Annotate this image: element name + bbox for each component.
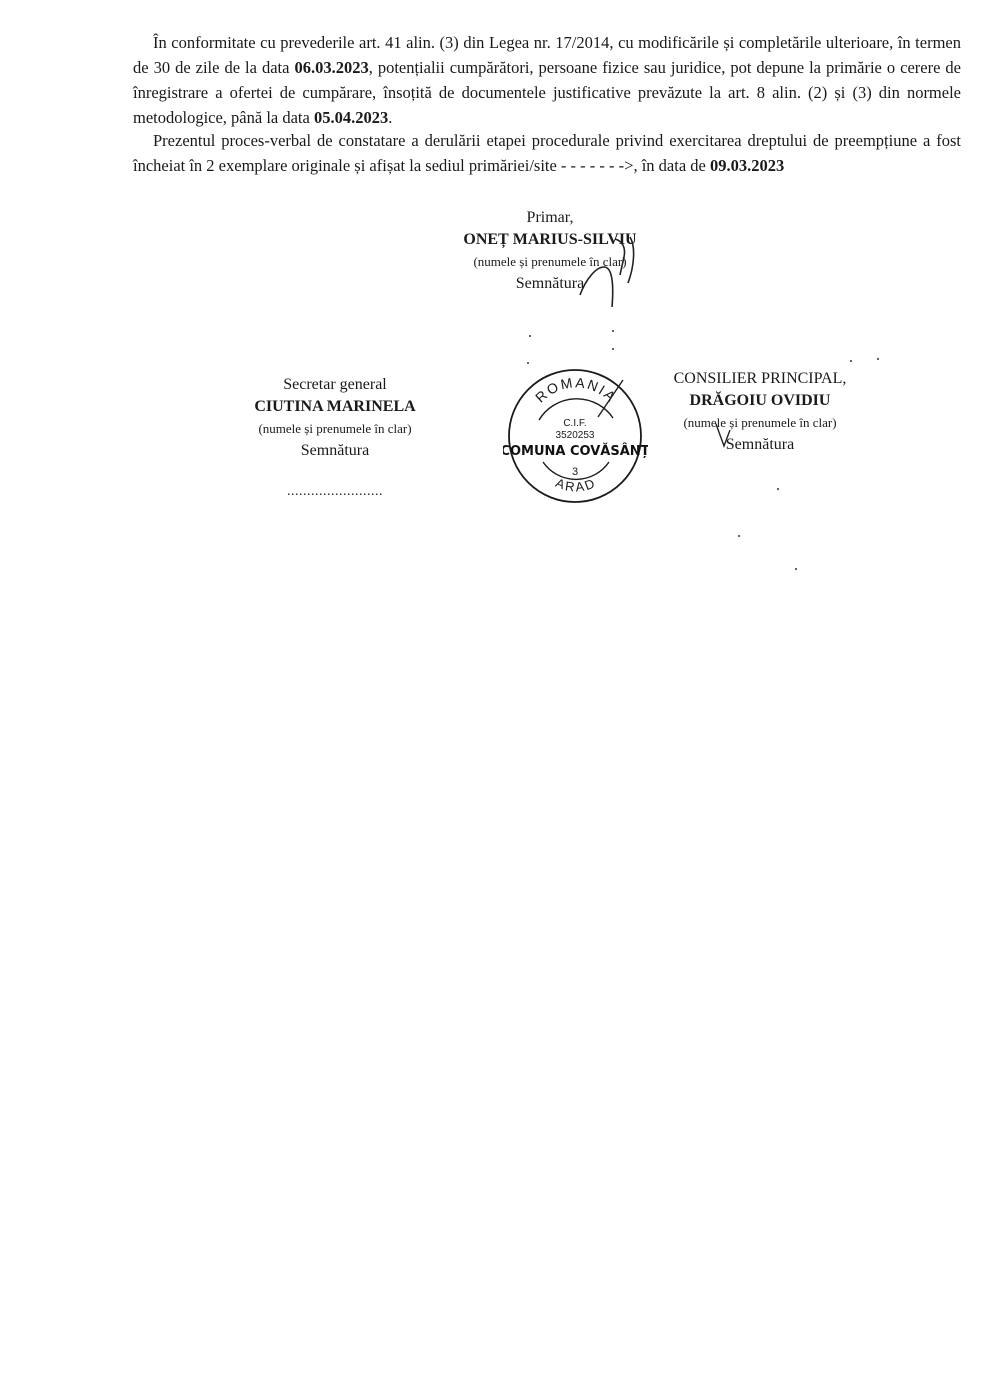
signer-role: CONSILIER PRINCIPAL,	[640, 368, 880, 390]
text-fragment: , potențialii cumpărători, persoane fizi…	[369, 58, 961, 77]
signature-block-primar: Primar, ONEȚ MARIUS-SILVIU (numele și pr…	[420, 207, 680, 295]
scan-speck	[612, 348, 614, 350]
paragraph-line: Prezentul proces-verbal de constatare a …	[153, 128, 961, 153]
text-fragment: încheiat în 2 exemplare originale și afi…	[133, 156, 710, 175]
handwritten-signature-icon	[710, 420, 740, 460]
scan-speck	[777, 488, 779, 490]
posting-date: 09.03.2023	[710, 156, 784, 175]
end-date: 05.04.2023	[314, 108, 388, 127]
paragraph-line: metodologice, până la data 05.04.2023.	[133, 105, 961, 130]
signer-name: CIUTINA MARINELA	[220, 396, 450, 418]
signer-name: DRĂGOIU OVIDIU	[640, 390, 880, 412]
stamp-center-text: COMUNA COVĂSÂNȚ	[503, 443, 648, 459]
stamp-cif-label: C.I.F.	[563, 418, 586, 429]
signature-label: Semnătura	[220, 440, 450, 462]
scan-speck	[850, 360, 852, 362]
text-fragment: de 30 de zile de la data	[133, 58, 294, 77]
text-fragment: .	[388, 108, 392, 127]
scan-speck	[527, 362, 529, 364]
signature-block-consilier: CONSILIER PRINCIPAL, DRĂGOIU OVIDIU (num…	[640, 368, 880, 456]
official-stamp: ROMANIA C.I.F. 3520253 COMUNA COVĂSÂNȚ 3…	[503, 362, 648, 507]
paragraph-line: de 30 de zile de la data 06.03.2023, pot…	[133, 55, 961, 80]
handwritten-signature-icon	[530, 227, 650, 307]
stamp-number: 3	[572, 466, 578, 478]
signer-role: Secretar general	[220, 374, 450, 396]
stamp-seal-icon: ROMANIA C.I.F. 3520253 COMUNA COVĂSÂNȚ 3…	[503, 362, 648, 507]
signer-hint: (numele și prenumele în clar)	[640, 412, 880, 434]
scan-speck	[795, 568, 797, 570]
text-fragment: metodologice, până la data	[133, 108, 314, 127]
signature-block-secretar: Secretar general CIUTINA MARINELA (numel…	[220, 374, 450, 500]
scan-speck	[612, 330, 614, 332]
signature-line: ........................	[220, 484, 450, 500]
signer-role: Primar,	[420, 207, 680, 229]
paragraph-line: În conformitate cu prevederile art. 41 a…	[153, 30, 961, 55]
scan-speck	[738, 535, 740, 537]
start-date: 06.03.2023	[294, 58, 368, 77]
paragraph-deadline: În conformitate cu prevederile art. 41 a…	[153, 30, 961, 130]
paragraph-line: înregistrare a ofertei de cumpărare, îns…	[133, 80, 961, 105]
signer-hint: (numele și prenumele în clar)	[220, 418, 450, 440]
stamp-cif-number: 3520253	[556, 430, 595, 441]
paragraph-line: încheiat în 2 exemplare originale și afi…	[133, 153, 961, 178]
signature-label: Semnătura	[640, 434, 880, 456]
scan-speck	[877, 358, 879, 360]
paragraph-statement: Prezentul proces-verbal de constatare a …	[153, 128, 961, 178]
scan-speck	[529, 335, 531, 337]
